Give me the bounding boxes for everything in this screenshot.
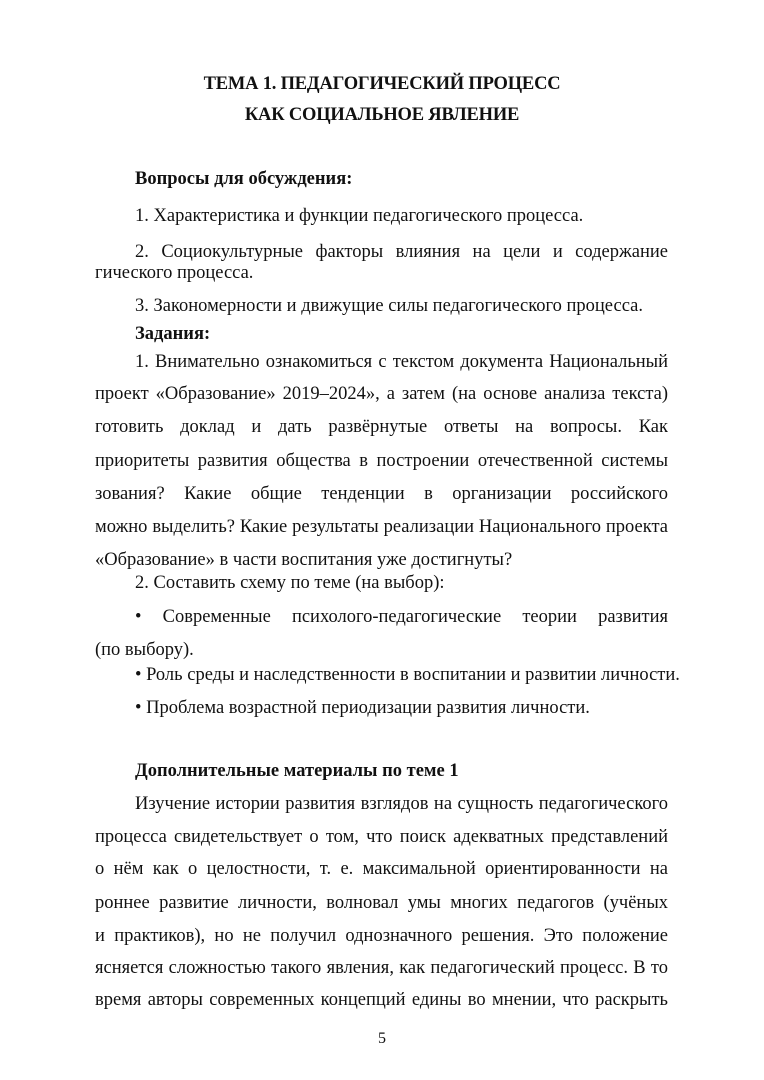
question-1: 1. Характеристика и функции педагогическ… [135, 205, 668, 227]
chapter-title-line-1: ТЕМА 1. ПЕДАГОГИЧЕСКИЙ ПРОЦЕСС [0, 74, 764, 95]
page-number: 5 [0, 1030, 764, 1048]
tasks-heading: Задания: [135, 323, 668, 345]
task-1-line-4: приоритеты развития общества в построени… [95, 450, 668, 472]
task-1-line-6: можно выделить? Какие результаты реализа… [95, 516, 668, 538]
additional-line-2: процесса свидетельствует о том, что поис… [95, 826, 668, 848]
document-page: ТЕМА 1. ПЕДАГОГИЧЕСКИЙ ПРОЦЕСС КАК СОЦИА… [0, 0, 764, 1080]
question-2-line-2: гического процесса. [95, 262, 668, 284]
questions-heading: Вопросы для обсуждения: [135, 168, 668, 190]
additional-line-4: роннее развитие личности, волновал умы м… [95, 892, 668, 914]
question-3: 3. Закономерности и движущие силы педаго… [135, 295, 668, 317]
task-2-bullet-1-line-1: • Современные психолого-педагогические т… [135, 606, 668, 628]
additional-line-7: время авторы современных концепций едины… [95, 989, 668, 1011]
additional-line-6: ясняется сложностью такого явления, как … [95, 957, 668, 979]
task-2-bullet-1-line-2: (по выбору). [95, 639, 668, 661]
task-1-line-7: «Образование» в части воспитания уже дос… [95, 549, 668, 571]
task-2-bullet-2: • Роль среды и наследственности в воспит… [135, 664, 668, 686]
additional-heading: Дополнительные материалы по теме 1 [135, 760, 668, 782]
question-2-line-1: 2. Социокультурные факторы влияния на це… [135, 241, 668, 263]
task-1-line-2: проект «Образование» 2019–2024», а затем… [95, 383, 668, 405]
chapter-title-line-2: КАК СОЦИАЛЬНОЕ ЯВЛЕНИЕ [0, 105, 764, 126]
task-1-line-3: готовить доклад и дать развёрнутые ответ… [95, 416, 668, 438]
task-1-line-5: зования? Какие общие тенденции в организ… [95, 483, 668, 505]
additional-line-1: Изучение истории развития взглядов на су… [135, 793, 668, 815]
additional-line-3: о нём как о целостности, т. е. максималь… [95, 858, 668, 880]
task-2-intro: 2. Составить схему по теме (на выбор): [135, 572, 668, 594]
task-1-line-1: 1. Внимательно ознакомиться с текстом до… [135, 351, 668, 373]
additional-line-5: и практиков), но не получил однозначного… [95, 925, 668, 947]
task-2-bullet-3: • Проблема возрастной периодизации разви… [135, 697, 668, 719]
